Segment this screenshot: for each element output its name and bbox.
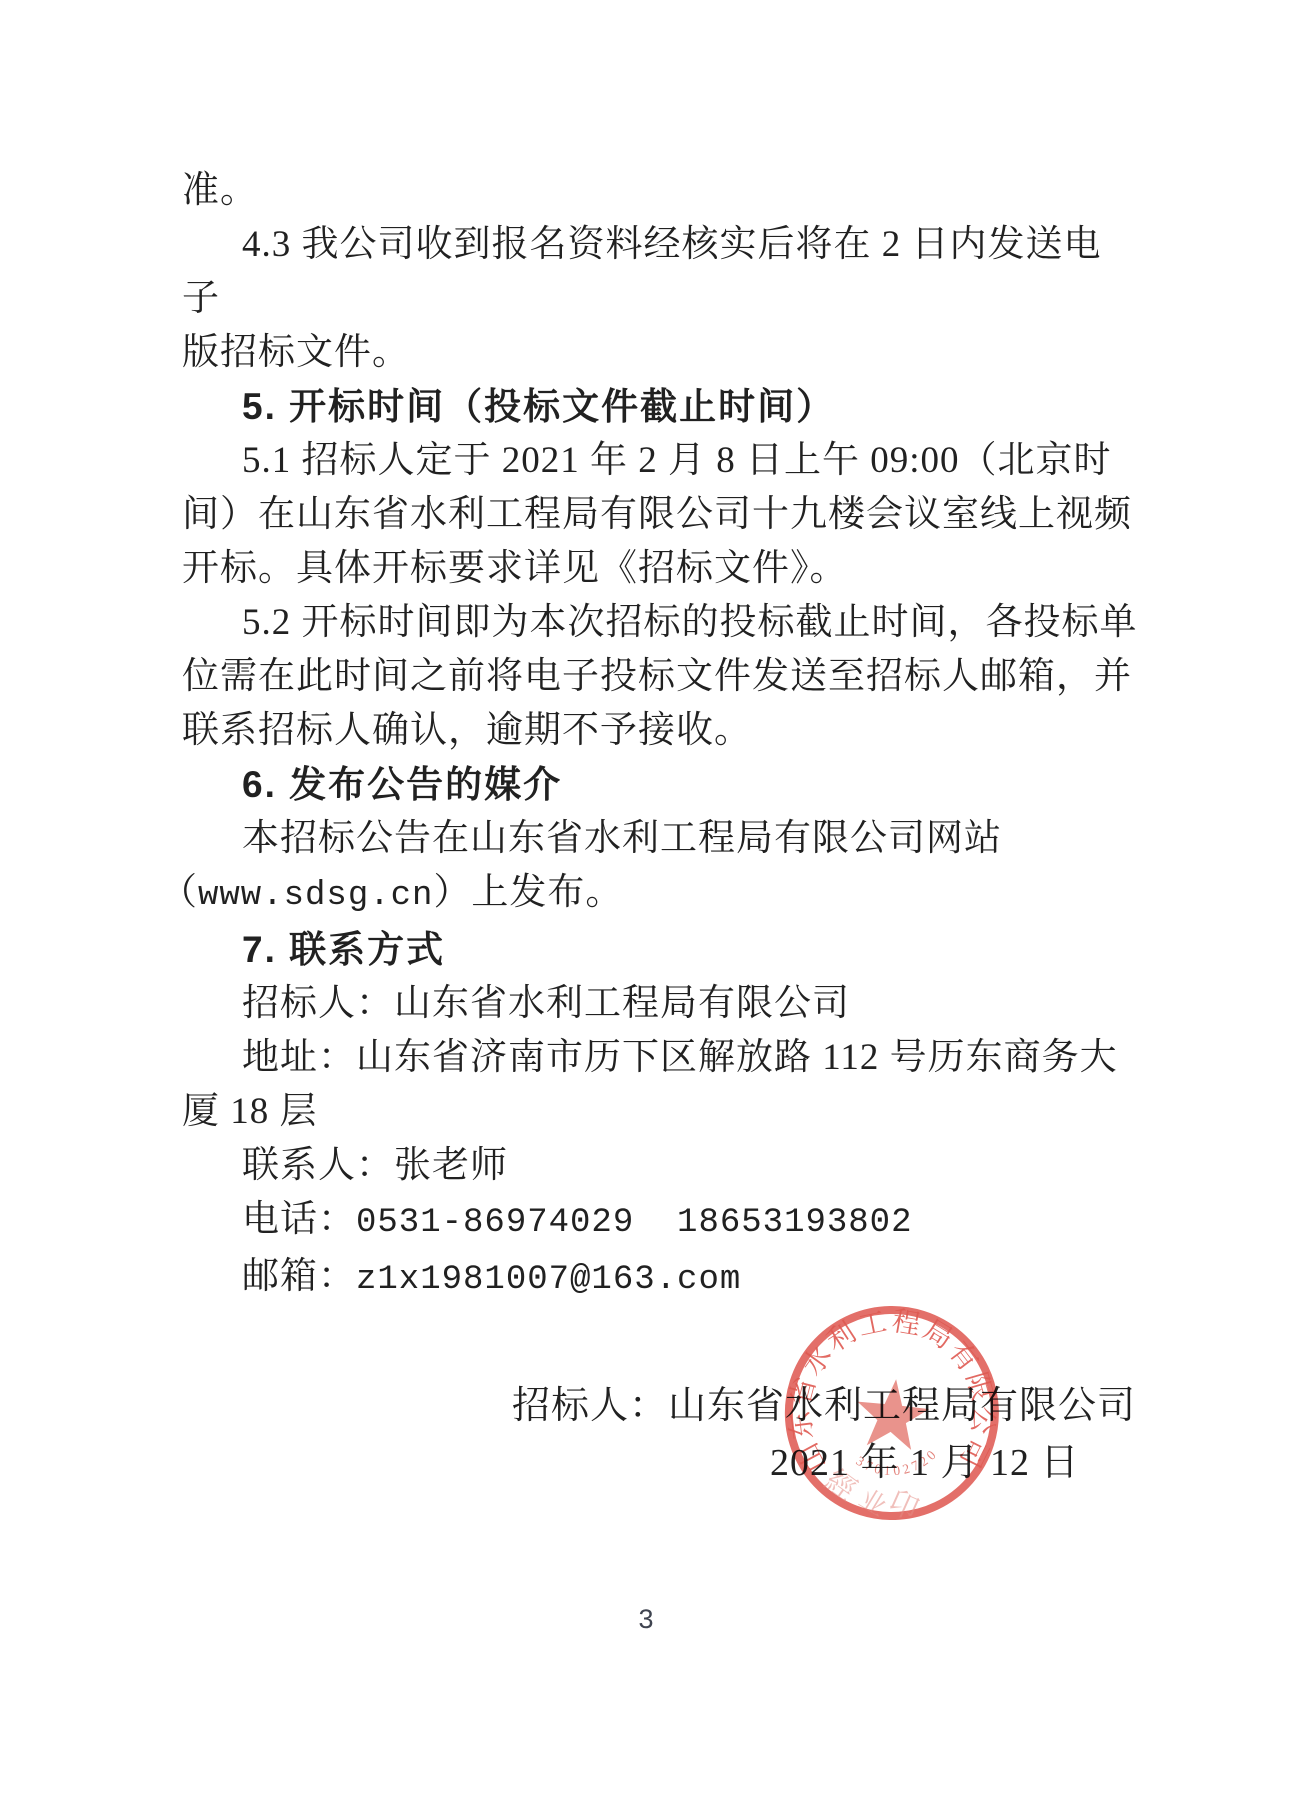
text-segment: 联系招标人确认，逾期不予接收。	[182, 710, 752, 751]
body-line: 开标。具体开标要求详见《招标文件》。	[182, 542, 1138, 596]
body-line: 招标人：山东省水利工程局有限公司	[182, 977, 1138, 1031]
body-line: 地址：山东省济南市历下区解放路 112 号历东商务大	[182, 1031, 1138, 1085]
text-segment: 5. 开标时间（投标文件截止时间）	[242, 386, 835, 427]
body-line: 版招标文件。	[182, 326, 1138, 380]
seal-star-icon	[853, 1375, 932, 1451]
company-seal: 山东省水利工程局有限公司 3701027202069 經 业 卬	[768, 1292, 1015, 1538]
text-segment: 位需在此时间之前将电子投标文件发送至招标人邮箱，并	[182, 656, 1132, 697]
text-segment: 厦 18 层	[182, 1091, 318, 1132]
body-line: 7. 联系方式	[182, 923, 1138, 977]
text-segment: 本招标公告在山东省水利工程局有限公司网站	[242, 818, 1002, 859]
text-segment: （	[160, 872, 198, 913]
body-line: 6. 发布公告的媒介	[182, 758, 1138, 812]
text-segment: 地址：山东省济南市历下区解放路 112 号历东商务大	[242, 1037, 1118, 1078]
text-segment: 5.2 开标时间即为本次招标的投标截止时间，各投标单	[242, 602, 1138, 643]
text-segment: 5.1 招标人定于 2021 年 2 月 8 日上午 09:00（北京时	[242, 440, 1112, 481]
svg-text:經: 經	[819, 1463, 863, 1507]
text-segment: 招标人：山东省水利工程局有限公司	[242, 983, 850, 1024]
text-segment: 电话：	[242, 1199, 356, 1240]
text-segment: 邮箱：	[242, 1256, 356, 1297]
body-line: 4.3 我公司收到报名资料经核实后将在 2 日内发送电子	[182, 218, 1138, 326]
body-line: 5.2 开标时间即为本次招标的投标截止时间，各投标单	[182, 596, 1138, 650]
mono-text-segment: z1x1981007@163.com	[356, 1261, 741, 1299]
mono-text-segment: 0531-86974029 18653193802	[356, 1204, 913, 1242]
text-segment: 7. 联系方式	[242, 929, 445, 970]
body-line: （www.sdsg.cn）上发布。	[182, 866, 1138, 923]
text-segment: 联系人：张老师	[242, 1145, 508, 1186]
body-line: 准。	[182, 164, 1138, 218]
text-segment: 6. 发布公告的媒介	[242, 764, 562, 805]
page-number: 3	[576, 1604, 716, 1635]
body-line: 厦 18 层	[182, 1085, 1138, 1139]
text-segment: 版招标文件。	[182, 332, 410, 373]
body-line: 电话：0531-86974029 18653193802	[182, 1193, 1138, 1250]
text-segment: 准。	[182, 170, 258, 211]
body-line: 本招标公告在山东省水利工程局有限公司网站	[182, 812, 1138, 866]
body-line: 联系人：张老师	[182, 1139, 1138, 1193]
text-segment: 开标。具体开标要求详见《招标文件》。	[182, 548, 848, 589]
document-body: 准。4.3 我公司收到报名资料经核实后将在 2 日内发送电子版招标文件。5. 开…	[182, 164, 1138, 1307]
body-line: 间）在山东省水利工程局有限公司十九楼会议室线上视频	[182, 488, 1138, 542]
scanned-page: 准。4.3 我公司收到报名资料经核实后将在 2 日内发送电子版招标文件。5. 开…	[0, 0, 1301, 1796]
text-segment: ）上发布。	[433, 872, 623, 913]
body-line: 5. 开标时间（投标文件截止时间）	[182, 380, 1138, 434]
mono-text-segment: www.sdsg.cn	[198, 877, 433, 915]
body-line: 联系招标人确认，逾期不予接收。	[182, 704, 1138, 758]
text-segment: 间）在山东省水利工程局有限公司十九楼会议室线上视频	[182, 494, 1132, 535]
text-segment: 4.3 我公司收到报名资料经核实后将在 2 日内发送电子	[182, 224, 1102, 319]
body-line: 位需在此时间之前将电子投标文件发送至招标人邮箱，并	[182, 650, 1138, 704]
body-line: 5.1 招标人定于 2021 年 2 月 8 日上午 09:00（北京时	[182, 434, 1138, 488]
svg-text:卬: 卬	[883, 1485, 924, 1527]
